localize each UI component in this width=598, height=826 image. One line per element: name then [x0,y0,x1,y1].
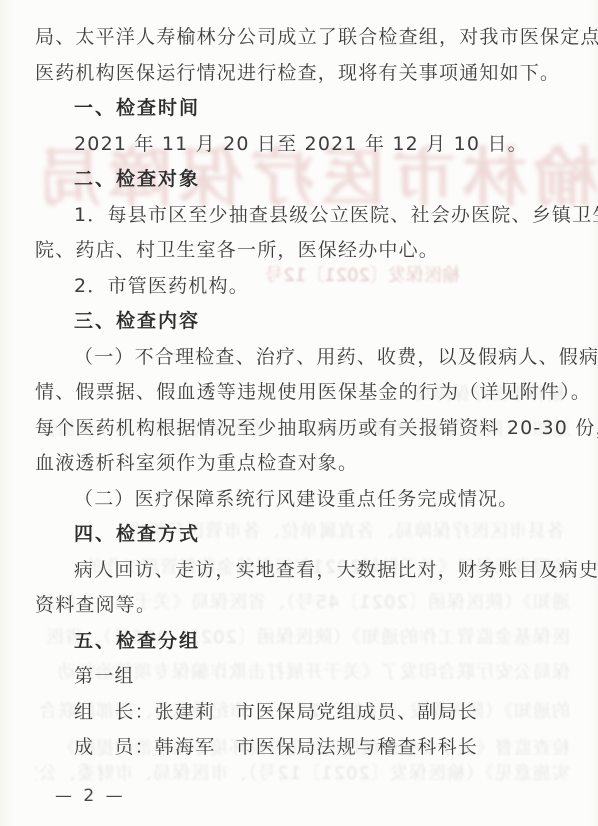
bleedthrough-gray-line: 实施意见》（榆医保发〔2021〕12号）、市医保局、市财委、公安 [35,762,570,786]
text-line: 每个医药机构根据情况至少抽取病历或有关报销资料 20-30 份， [35,411,575,447]
section-heading: 四、检查方式 [35,517,575,553]
text-line: 血液透析科室须作为重点检查对象。 [35,446,575,482]
section-heading: 三、检查内容 [35,304,575,340]
text-line: 资料查阅等。 [35,588,575,624]
text-line: 第一组 [35,659,575,695]
page-number: — 2 — [55,786,126,806]
text-line: 院、药店、村卫生室各一所，医保经办中心。 [35,233,575,269]
text-line: 病人回访、走访，实地查看，大数据比对，财务账目及病史 [35,553,575,589]
section-heading: 二、检查对象 [35,162,575,198]
text-line: 情、假票据、假血透等违规使用医保基金的行为（详见附件）。 [35,375,575,411]
text-line: 局、太平洋人寿榆林分公司成立了联合检查组，对我市医保定点 [35,20,575,56]
document-body: 局、太平洋人寿榆林分公司成立了联合检查组，对我市医保定点医药机构医保运行情况进行… [35,20,575,766]
text-line: 1．每县市区至少抽查县级公立医院、社会办医院、乡镇卫生 [35,198,575,234]
text-line: 医药机构医保运行情况进行检查，现将有关事项通知如下。 [35,56,575,92]
section-heading: 一、检查时间 [35,91,575,127]
text-line: （二）医疗保障系统行风建设重点任务完成情况。 [35,482,575,518]
text-line: 组 长：张建莉 市医保局党组成员、副局长 [35,695,575,731]
section-heading: 五、检查分组 [35,624,575,660]
text-line: （一）不合理检查、治疗、用药、收费，以及假病人、假病 [35,340,575,376]
text-line: 成 员：韩海军 市医保局法规与稽查科科长 [35,730,575,766]
text-line: 2021 年 11 月 20 日至 2021 年 12 月 10 日。 [35,127,575,163]
text-line: 2．市管医药机构。 [35,269,575,305]
document-page: 榆林市医疗保障局文件 榆医保发〔2021〕12号 榆林市医疗保障局通知》（陕医保… [0,0,598,826]
